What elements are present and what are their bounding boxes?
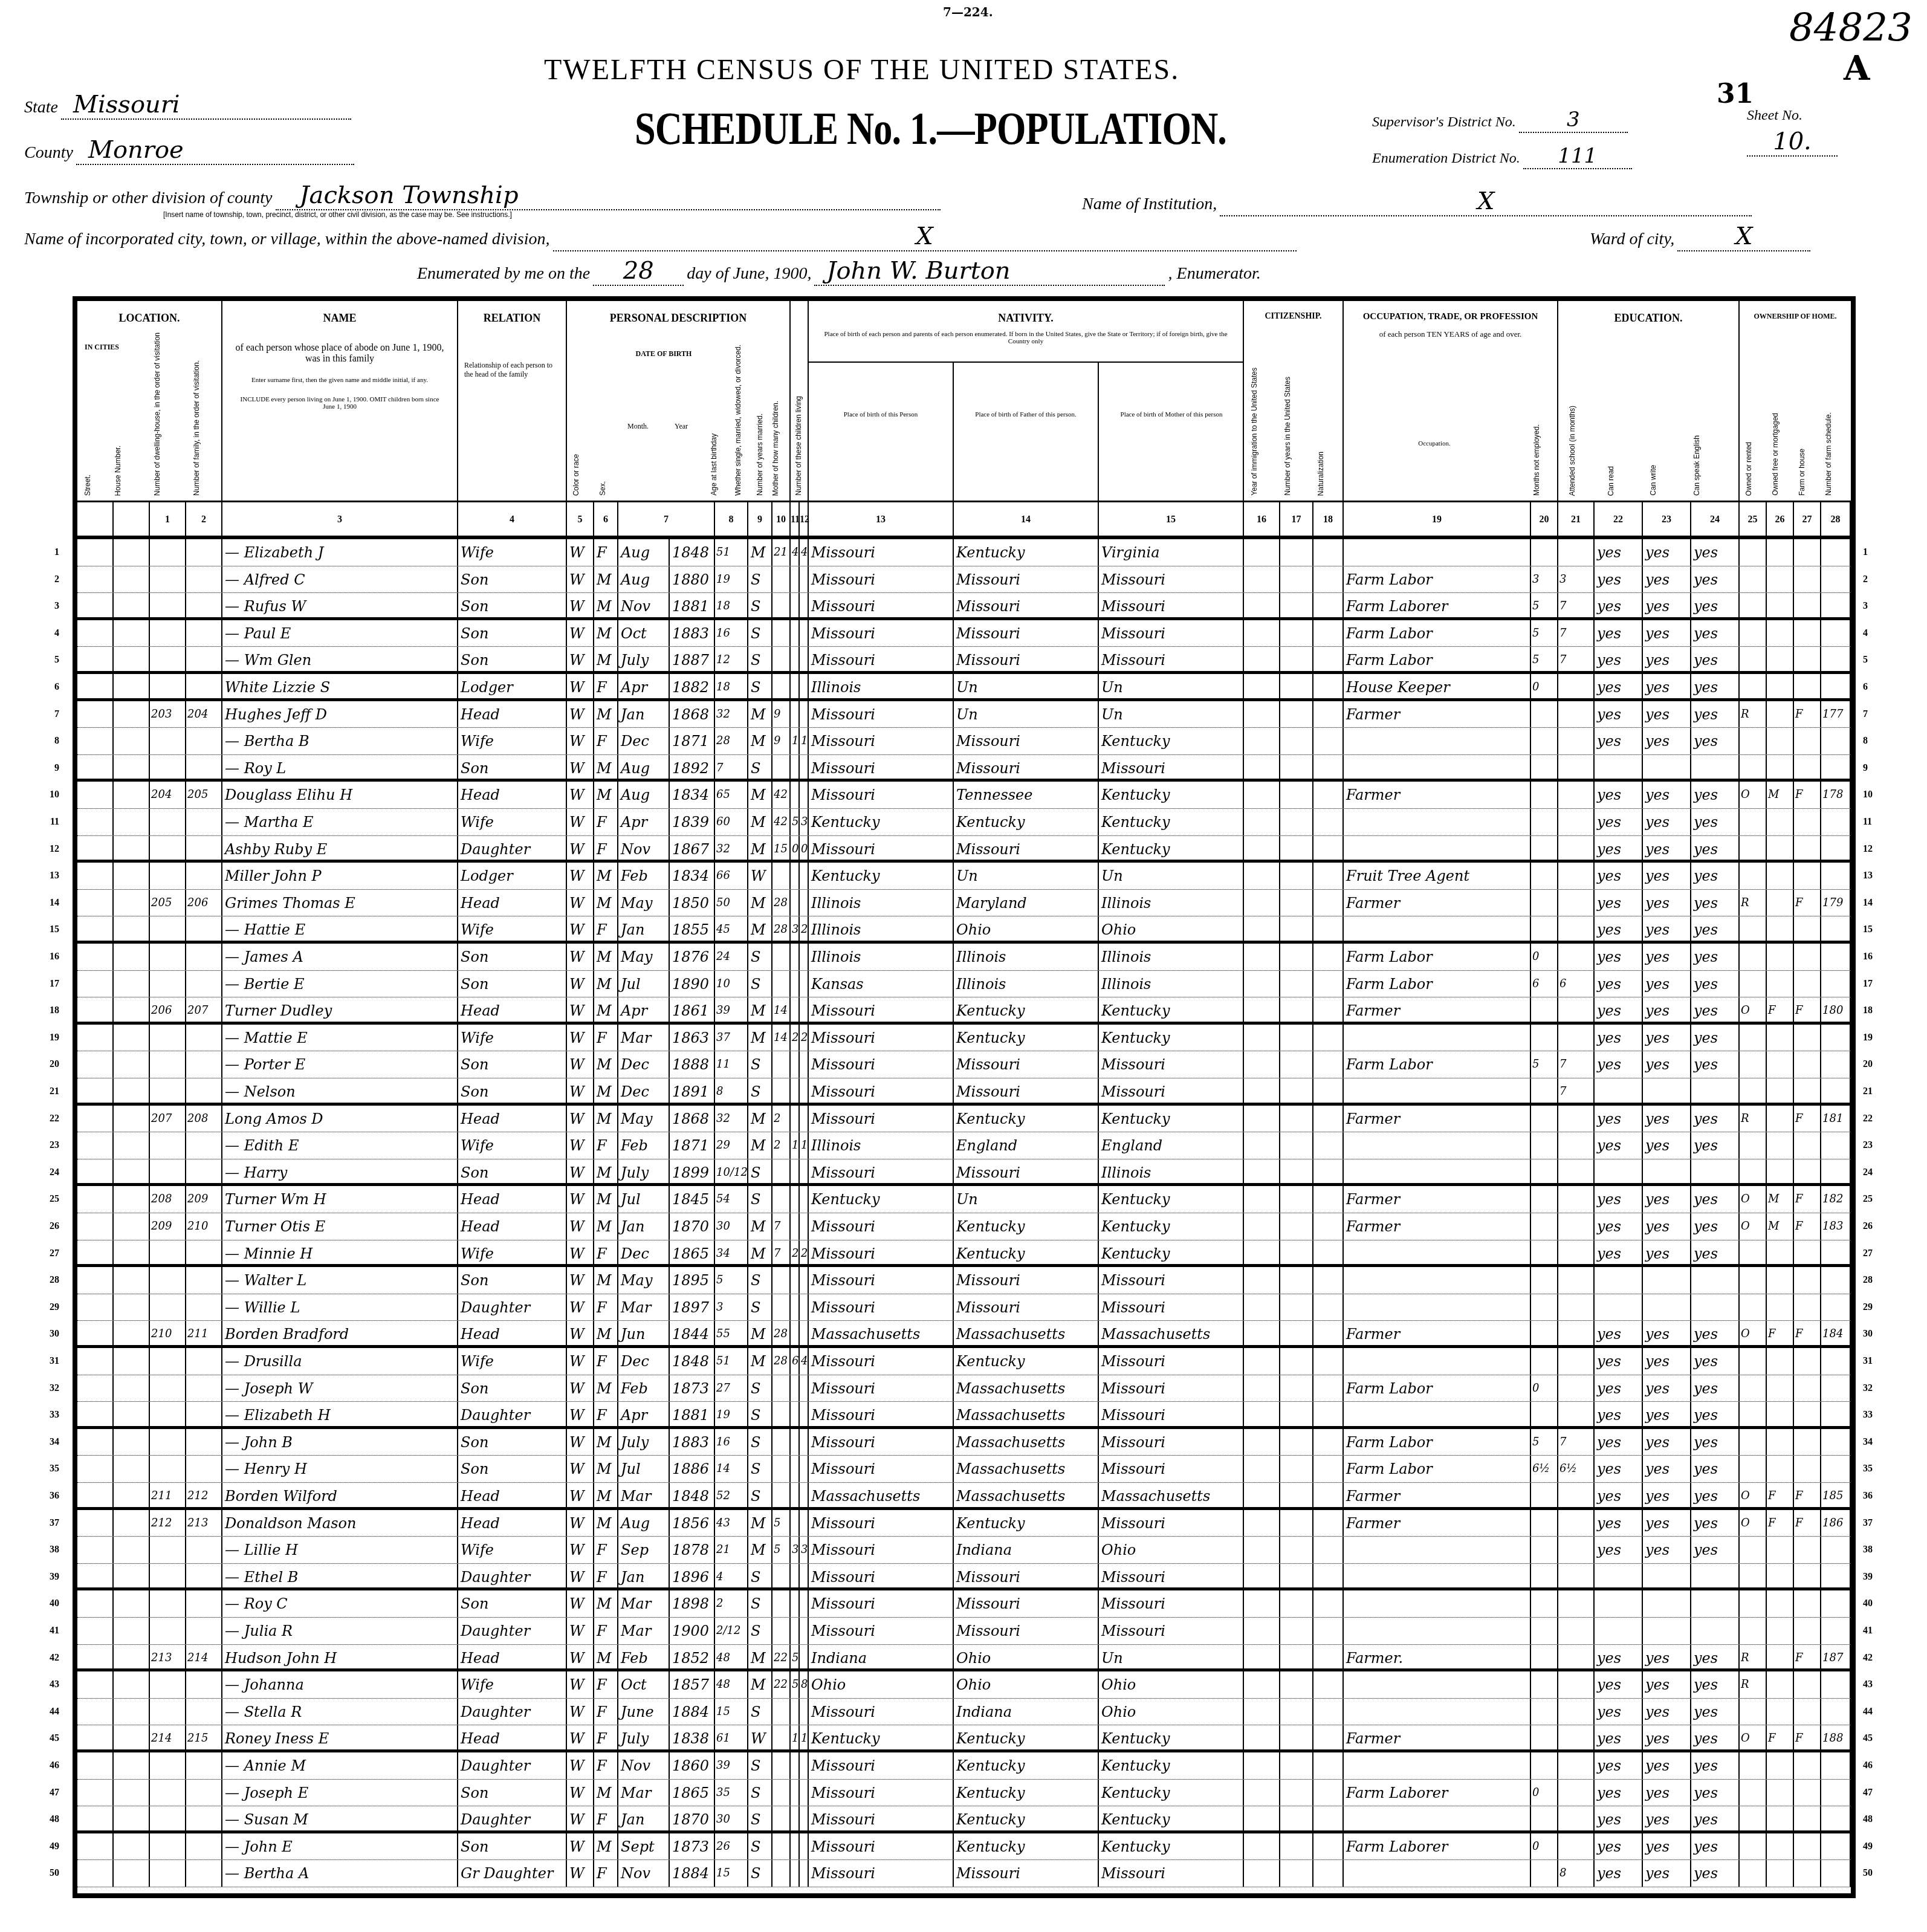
cell-immig[interactable] <box>1244 997 1280 1022</box>
cell-month[interactable]: Aug <box>618 755 670 779</box>
cell-natural[interactable] <box>1313 1294 1344 1321</box>
cell-immig[interactable] <box>1244 1537 1280 1563</box>
cell-birth[interactable]: Missouri <box>809 647 954 671</box>
cell-house[interactable] <box>114 1348 150 1375</box>
cell-sex[interactable]: M <box>594 1429 618 1456</box>
cell-name[interactable]: — Walter L <box>222 1267 458 1294</box>
cell-occupation[interactable]: Farmer <box>1344 1213 1531 1240</box>
cell-family[interactable]: 204 <box>186 701 222 728</box>
cell-mother-of[interactable] <box>791 1456 800 1482</box>
cell-age[interactable]: 2 <box>715 1590 748 1617</box>
cell-years_us[interactable] <box>1280 620 1313 647</box>
cell-farm[interactable]: F <box>1794 1186 1821 1213</box>
cell-owned[interactable]: R <box>1740 1671 1767 1698</box>
cell-yrs-married[interactable]: 5 <box>772 1537 791 1563</box>
cell-street[interactable] <box>77 971 114 997</box>
cell-year[interactable]: 1896 <box>670 1564 715 1588</box>
cell-not-employed[interactable] <box>1531 701 1558 728</box>
cell-house[interactable] <box>114 809 150 835</box>
cell-years_us[interactable] <box>1280 1618 1313 1644</box>
cell-english[interactable]: yes <box>1691 1025 1740 1051</box>
cell-street[interactable] <box>77 1402 114 1426</box>
cell-english[interactable]: yes <box>1691 782 1740 808</box>
cell-color[interactable]: W <box>567 1833 594 1860</box>
cell-street[interactable] <box>77 836 114 860</box>
cell-marital[interactable]: M <box>748 1106 772 1132</box>
cell-age[interactable]: 16 <box>715 1429 748 1456</box>
cell-family[interactable]: 208 <box>186 1106 222 1132</box>
cell-not-employed[interactable] <box>1531 1860 1558 1887</box>
cell-street[interactable] <box>77 890 114 916</box>
cell-english[interactable] <box>1691 1294 1740 1321</box>
cell-owned[interactable] <box>1740 836 1767 860</box>
cell-dwelling[interactable] <box>150 1860 186 1887</box>
cell-english[interactable] <box>1691 755 1740 779</box>
cell-mother-of[interactable] <box>791 782 800 808</box>
cell-school[interactable] <box>1558 1375 1595 1402</box>
cell-natural[interactable] <box>1313 1375 1344 1402</box>
cell-marital[interactable]: S <box>748 1806 772 1830</box>
cell-yrs-married[interactable]: 9 <box>772 701 791 728</box>
cell-father[interactable]: Missouri <box>954 1294 1099 1321</box>
cell-age[interactable]: 10 <box>715 971 748 997</box>
cell-name[interactable]: — Harry <box>222 1159 458 1184</box>
cell-age[interactable]: 15 <box>715 1860 748 1887</box>
cell-age[interactable]: 19 <box>715 566 748 593</box>
cell-living[interactable] <box>800 1860 809 1887</box>
cell-dwelling[interactable] <box>150 620 186 647</box>
cell-yrs-married[interactable] <box>772 674 791 698</box>
cell-not-employed[interactable]: 3 <box>1531 566 1558 593</box>
cell-years_us[interactable] <box>1280 674 1313 698</box>
cell-write[interactable]: yes <box>1643 1671 1691 1698</box>
cell-mother-of[interactable]: 2 <box>791 1240 800 1265</box>
cell-mother-of[interactable] <box>791 1321 800 1345</box>
cell-family[interactable] <box>186 1456 222 1482</box>
cell-family[interactable] <box>186 1132 222 1159</box>
cell-free[interactable] <box>1767 1159 1794 1184</box>
cell-free[interactable] <box>1767 1537 1794 1563</box>
cell-year[interactable]: 1839 <box>670 809 715 835</box>
cell-name[interactable]: Turner Dudley <box>222 997 458 1022</box>
cell-sex[interactable]: M <box>594 971 618 997</box>
cell-read[interactable]: yes <box>1595 1051 1643 1078</box>
cell-natural[interactable] <box>1313 674 1344 698</box>
cell-relation[interactable]: Wife <box>458 539 567 566</box>
cell-mother[interactable]: Kentucky <box>1099 1752 1244 1779</box>
cell-english[interactable]: yes <box>1691 836 1740 860</box>
cell-mother[interactable]: Ohio <box>1099 1699 1244 1725</box>
cell-relation[interactable]: Son <box>458 1429 567 1456</box>
cell-owned[interactable] <box>1740 1294 1767 1321</box>
cell-occupation[interactable]: Farm Labor <box>1344 1375 1531 1402</box>
cell-schedule[interactable] <box>1821 1402 1851 1426</box>
cell-father[interactable]: Massachusetts <box>954 1483 1099 1507</box>
cell-living[interactable] <box>800 971 809 997</box>
cell-years_us[interactable] <box>1280 944 1313 970</box>
cell-owned[interactable] <box>1740 674 1767 698</box>
cell-school[interactable] <box>1558 997 1595 1022</box>
cell-natural[interactable] <box>1313 836 1344 860</box>
cell-owned[interactable] <box>1740 1618 1767 1644</box>
cell-name[interactable]: Turner Otis E <box>222 1213 458 1240</box>
cell-free[interactable] <box>1767 566 1794 593</box>
cell-not-employed[interactable] <box>1531 782 1558 808</box>
cell-family[interactable] <box>186 1564 222 1588</box>
cell-farm[interactable] <box>1794 1618 1821 1644</box>
cell-owned[interactable] <box>1740 971 1767 997</box>
cell-sex[interactable]: M <box>594 1645 618 1669</box>
cell-write[interactable]: yes <box>1643 1860 1691 1887</box>
cell-farm[interactable]: F <box>1794 890 1821 916</box>
cell-free[interactable] <box>1767 863 1794 889</box>
cell-years_us[interactable] <box>1280 1833 1313 1860</box>
cell-schedule[interactable]: 184 <box>1821 1321 1851 1345</box>
cell-marital[interactable]: S <box>748 1456 772 1482</box>
cell-immig[interactable] <box>1244 809 1280 835</box>
cell-owned[interactable]: R <box>1740 1106 1767 1132</box>
cell-mother[interactable]: Missouri <box>1099 647 1244 671</box>
cell-name[interactable]: — Drusilla <box>222 1348 458 1375</box>
cell-mother-of[interactable] <box>791 1267 800 1294</box>
cell-mother-of[interactable] <box>791 1806 800 1830</box>
cell-sex[interactable]: F <box>594 1240 618 1265</box>
cell-birth[interactable]: Missouri <box>809 997 954 1022</box>
cell-write[interactable]: yes <box>1643 1240 1691 1265</box>
cell-month[interactable]: July <box>618 1159 670 1184</box>
cell-year[interactable]: 1857 <box>670 1671 715 1698</box>
cell-owned[interactable] <box>1740 863 1767 889</box>
cell-family[interactable] <box>186 1671 222 1698</box>
cell-natural[interactable] <box>1313 890 1344 916</box>
cell-family[interactable] <box>186 1402 222 1426</box>
cell-marital[interactable]: S <box>748 566 772 593</box>
cell-natural[interactable] <box>1313 1051 1344 1078</box>
cell-yrs-married[interactable] <box>772 1780 791 1806</box>
cell-dwelling[interactable] <box>150 1348 186 1375</box>
cell-school[interactable]: 7 <box>1558 593 1595 617</box>
cell-year[interactable]: 1867 <box>670 836 715 860</box>
cell-relation[interactable]: Son <box>458 755 567 779</box>
cell-year[interactable]: 1886 <box>670 1456 715 1482</box>
cell-father[interactable]: Missouri <box>954 1860 1099 1887</box>
cell-father[interactable]: Missouri <box>954 566 1099 593</box>
cell-name[interactable]: — Bertha A <box>222 1860 458 1887</box>
cell-write[interactable]: yes <box>1643 728 1691 754</box>
cell-month[interactable]: July <box>618 1725 670 1749</box>
cell-sex[interactable]: M <box>594 1590 618 1617</box>
cell-month[interactable]: Aug <box>618 566 670 593</box>
cell-relation[interactable]: Son <box>458 1078 567 1103</box>
cell-relation[interactable]: Head <box>458 997 567 1022</box>
cell-english[interactable]: yes <box>1691 1780 1740 1806</box>
cell-schedule[interactable]: 180 <box>1821 997 1851 1022</box>
cell-relation[interactable]: Daughter <box>458 1294 567 1321</box>
cell-house[interactable] <box>114 782 150 808</box>
cell-occupation[interactable] <box>1344 1590 1531 1617</box>
cell-name[interactable]: — Porter E <box>222 1051 458 1078</box>
cell-free[interactable] <box>1767 755 1794 779</box>
cell-sex[interactable]: F <box>594 674 618 698</box>
cell-family[interactable]: 209 <box>186 1186 222 1213</box>
cell-age[interactable]: 39 <box>715 997 748 1022</box>
cell-occupation[interactable]: Farmer <box>1344 782 1531 808</box>
cell-free[interactable] <box>1767 1267 1794 1294</box>
cell-age[interactable]: 26 <box>715 1833 748 1860</box>
cell-school[interactable] <box>1558 1267 1595 1294</box>
cell-sex[interactable]: M <box>594 1780 618 1806</box>
cell-street[interactable] <box>77 1590 114 1617</box>
cell-owned[interactable] <box>1740 1860 1767 1887</box>
cell-read[interactable] <box>1595 1267 1643 1294</box>
cell-natural[interactable] <box>1313 916 1344 941</box>
cell-not-employed[interactable] <box>1531 1806 1558 1830</box>
cell-color[interactable]: W <box>567 863 594 889</box>
cell-natural[interactable] <box>1313 1645 1344 1669</box>
cell-house[interactable] <box>114 1510 150 1537</box>
cell-month[interactable]: Mar <box>618 1294 670 1321</box>
cell-age[interactable]: 54 <box>715 1186 748 1213</box>
cell-write[interactable]: yes <box>1643 1186 1691 1213</box>
cell-natural[interactable] <box>1313 1456 1344 1482</box>
cell-school[interactable] <box>1558 1725 1595 1749</box>
cell-father[interactable]: Kentucky <box>954 1240 1099 1265</box>
cell-yrs-married[interactable]: 2 <box>772 1132 791 1159</box>
cell-birth[interactable]: Kentucky <box>809 809 954 835</box>
sheet-value[interactable]: 10. <box>1747 128 1838 157</box>
cell-family[interactable] <box>186 1240 222 1265</box>
cell-schedule[interactable] <box>1821 1078 1851 1103</box>
cell-sex[interactable]: M <box>594 566 618 593</box>
cell-month[interactable]: July <box>618 647 670 671</box>
cell-month[interactable]: Sept <box>618 1833 670 1860</box>
cell-english[interactable]: yes <box>1691 1051 1740 1078</box>
cell-month[interactable]: Apr <box>618 674 670 698</box>
cell-dwelling[interactable] <box>150 1078 186 1103</box>
cell-english[interactable]: yes <box>1691 890 1740 916</box>
cell-birth[interactable]: Missouri <box>809 1240 954 1265</box>
cell-immig[interactable] <box>1244 1725 1280 1749</box>
cell-mother-of[interactable] <box>791 566 800 593</box>
cell-color[interactable]: W <box>567 1860 594 1887</box>
cell-mother-of[interactable]: 0 <box>791 836 800 860</box>
cell-occupation[interactable]: Farmer <box>1344 701 1531 728</box>
cell-yrs-married[interactable] <box>772 1752 791 1779</box>
supervisor-value[interactable]: 3 <box>1519 108 1628 133</box>
cell-read[interactable]: yes <box>1595 1752 1643 1779</box>
cell-farm[interactable]: F <box>1794 1321 1821 1345</box>
cell-house[interactable] <box>114 863 150 889</box>
cell-family[interactable] <box>186 1025 222 1051</box>
cell-school[interactable] <box>1558 1564 1595 1588</box>
cell-mother-of[interactable] <box>791 944 800 970</box>
cell-relation[interactable]: Daughter <box>458 1564 567 1588</box>
cell-family[interactable] <box>186 1618 222 1644</box>
cell-school[interactable]: 6½ <box>1558 1456 1595 1482</box>
cell-birth[interactable]: Illinois <box>809 890 954 916</box>
cell-schedule[interactable] <box>1821 1699 1851 1725</box>
cell-name[interactable]: Ashby Ruby E <box>222 836 458 860</box>
cell-living[interactable]: 4 <box>800 539 809 566</box>
cell-birth[interactable]: Missouri <box>809 1590 954 1617</box>
cell-street[interactable] <box>77 1618 114 1644</box>
cell-schedule[interactable] <box>1821 1051 1851 1078</box>
cell-month[interactable]: Nov <box>618 836 670 860</box>
cell-read[interactable]: yes <box>1595 620 1643 647</box>
cell-dwelling[interactable] <box>150 755 186 779</box>
cell-english[interactable]: yes <box>1691 1240 1740 1265</box>
cell-sex[interactable]: M <box>594 701 618 728</box>
cell-schedule[interactable]: 188 <box>1821 1725 1851 1749</box>
cell-marital[interactable]: S <box>748 1699 772 1725</box>
cell-dwelling[interactable] <box>150 1618 186 1644</box>
cell-mother[interactable]: Virginia <box>1099 539 1244 566</box>
cell-name[interactable]: — Stella R <box>222 1699 458 1725</box>
cell-yrs-married[interactable] <box>772 1159 791 1184</box>
cell-mother[interactable]: Kentucky <box>1099 1186 1244 1213</box>
cell-house[interactable] <box>114 971 150 997</box>
cell-farm[interactable] <box>1794 1780 1821 1806</box>
cell-yrs-married[interactable] <box>772 1078 791 1103</box>
cell-school[interactable] <box>1558 1752 1595 1779</box>
cell-street[interactable] <box>77 944 114 970</box>
cell-month[interactable]: Jul <box>618 1186 670 1213</box>
cell-living[interactable] <box>800 1618 809 1644</box>
cell-name[interactable]: — Susan M <box>222 1806 458 1830</box>
cell-write[interactable]: yes <box>1643 1213 1691 1240</box>
cell-color[interactable]: W <box>567 728 594 754</box>
cell-write[interactable]: yes <box>1643 1780 1691 1806</box>
cell-yrs-married[interactable]: 5 <box>772 1510 791 1537</box>
cell-dwelling[interactable] <box>150 944 186 970</box>
cell-not-employed[interactable] <box>1531 755 1558 779</box>
cell-farm[interactable] <box>1794 755 1821 779</box>
cell-schedule[interactable] <box>1821 1429 1851 1456</box>
cell-age[interactable]: 65 <box>715 782 748 808</box>
cell-farm[interactable] <box>1794 1267 1821 1294</box>
cell-occupation[interactable] <box>1344 1860 1531 1887</box>
cell-school[interactable] <box>1558 1240 1595 1265</box>
cell-street[interactable] <box>77 782 114 808</box>
cell-sex[interactable]: F <box>594 1752 618 1779</box>
cell-school[interactable] <box>1558 1618 1595 1644</box>
cell-owned[interactable]: O <box>1740 1213 1767 1240</box>
cell-english[interactable] <box>1691 1267 1740 1294</box>
cell-living[interactable]: 2 <box>800 1025 809 1051</box>
cell-month[interactable]: June <box>618 1699 670 1725</box>
cell-year[interactable]: 1882 <box>670 674 715 698</box>
cell-sex[interactable]: F <box>594 1564 618 1588</box>
cell-name[interactable]: — Wm Glen <box>222 647 458 671</box>
cell-occupation[interactable] <box>1344 1025 1531 1051</box>
cell-school[interactable] <box>1558 1537 1595 1563</box>
cell-owned[interactable] <box>1740 1132 1767 1159</box>
cell-owned[interactable] <box>1740 944 1767 970</box>
cell-yrs-married[interactable]: 7 <box>772 1213 791 1240</box>
cell-natural[interactable] <box>1313 647 1344 671</box>
cell-color[interactable]: W <box>567 944 594 970</box>
cell-marital[interactable]: M <box>748 1645 772 1669</box>
cell-years_us[interactable] <box>1280 1321 1313 1345</box>
cell-occupation[interactable]: Farm Laborer <box>1344 593 1531 617</box>
cell-write[interactable] <box>1643 1267 1691 1294</box>
cell-sex[interactable]: M <box>594 1375 618 1402</box>
cell-street[interactable] <box>77 620 114 647</box>
cell-living[interactable] <box>800 1510 809 1537</box>
cell-mother[interactable]: Missouri <box>1099 1564 1244 1588</box>
cell-years_us[interactable] <box>1280 1294 1313 1321</box>
cell-sex[interactable]: M <box>594 1186 618 1213</box>
cell-birth[interactable]: Missouri <box>809 1402 954 1426</box>
cell-family[interactable]: 215 <box>186 1725 222 1749</box>
cell-not-employed[interactable]: 6 <box>1531 971 1558 997</box>
cell-years_us[interactable] <box>1280 1429 1313 1456</box>
cell-color[interactable]: W <box>567 1213 594 1240</box>
cell-immig[interactable] <box>1244 971 1280 997</box>
cell-color[interactable]: W <box>567 1483 594 1507</box>
cell-occupation[interactable]: Farm Labor <box>1344 620 1531 647</box>
cell-mother[interactable]: Missouri <box>1099 566 1244 593</box>
cell-natural[interactable] <box>1313 1699 1344 1725</box>
cell-natural[interactable] <box>1313 1186 1344 1213</box>
cell-owned[interactable] <box>1740 809 1767 835</box>
cell-color[interactable]: W <box>567 809 594 835</box>
cell-farm[interactable] <box>1794 647 1821 671</box>
cell-write[interactable]: yes <box>1643 1483 1691 1507</box>
cell-father[interactable]: Illinois <box>954 944 1099 970</box>
cell-english[interactable]: yes <box>1691 1106 1740 1132</box>
cell-marital[interactable]: M <box>748 809 772 835</box>
cell-name[interactable]: — Martha E <box>222 809 458 835</box>
cell-school[interactable] <box>1558 1106 1595 1132</box>
cell-living[interactable] <box>800 1590 809 1617</box>
cell-dwelling[interactable]: 204 <box>150 782 186 808</box>
cell-farm[interactable] <box>1794 1806 1821 1830</box>
cell-not-employed[interactable]: 0 <box>1531 1833 1558 1860</box>
cell-yrs-married[interactable] <box>772 1267 791 1294</box>
cell-year[interactable]: 1870 <box>670 1213 715 1240</box>
cell-free[interactable]: F <box>1767 1510 1794 1537</box>
cell-mother[interactable]: Kentucky <box>1099 997 1244 1022</box>
cell-occupation[interactable] <box>1344 1618 1531 1644</box>
cell-dwelling[interactable] <box>150 1375 186 1402</box>
cell-owned[interactable] <box>1740 1590 1767 1617</box>
cell-write[interactable]: yes <box>1643 1132 1691 1159</box>
cell-marital[interactable]: M <box>748 836 772 860</box>
cell-living[interactable] <box>800 1752 809 1779</box>
cell-english[interactable] <box>1691 1564 1740 1588</box>
cell-farm[interactable] <box>1794 593 1821 617</box>
cell-read[interactable] <box>1595 755 1643 779</box>
cell-natural[interactable] <box>1313 1159 1344 1184</box>
cell-owned[interactable] <box>1740 593 1767 617</box>
cell-color[interactable]: W <box>567 566 594 593</box>
cell-color[interactable]: W <box>567 1051 594 1078</box>
cell-mother-of[interactable] <box>791 1375 800 1402</box>
cell-street[interactable] <box>77 1699 114 1725</box>
cell-immig[interactable] <box>1244 539 1280 566</box>
cell-write[interactable] <box>1643 1078 1691 1103</box>
cell-read[interactable]: yes <box>1595 1106 1643 1132</box>
cell-father[interactable]: Massachusetts <box>954 1402 1099 1426</box>
cell-english[interactable]: yes <box>1691 944 1740 970</box>
cell-father[interactable]: Kentucky <box>954 809 1099 835</box>
cell-dwelling[interactable]: 209 <box>150 1213 186 1240</box>
cell-color[interactable]: W <box>567 1375 594 1402</box>
cell-street[interactable] <box>77 1375 114 1402</box>
cell-schedule[interactable] <box>1821 1294 1851 1321</box>
cell-natural[interactable] <box>1313 566 1344 593</box>
